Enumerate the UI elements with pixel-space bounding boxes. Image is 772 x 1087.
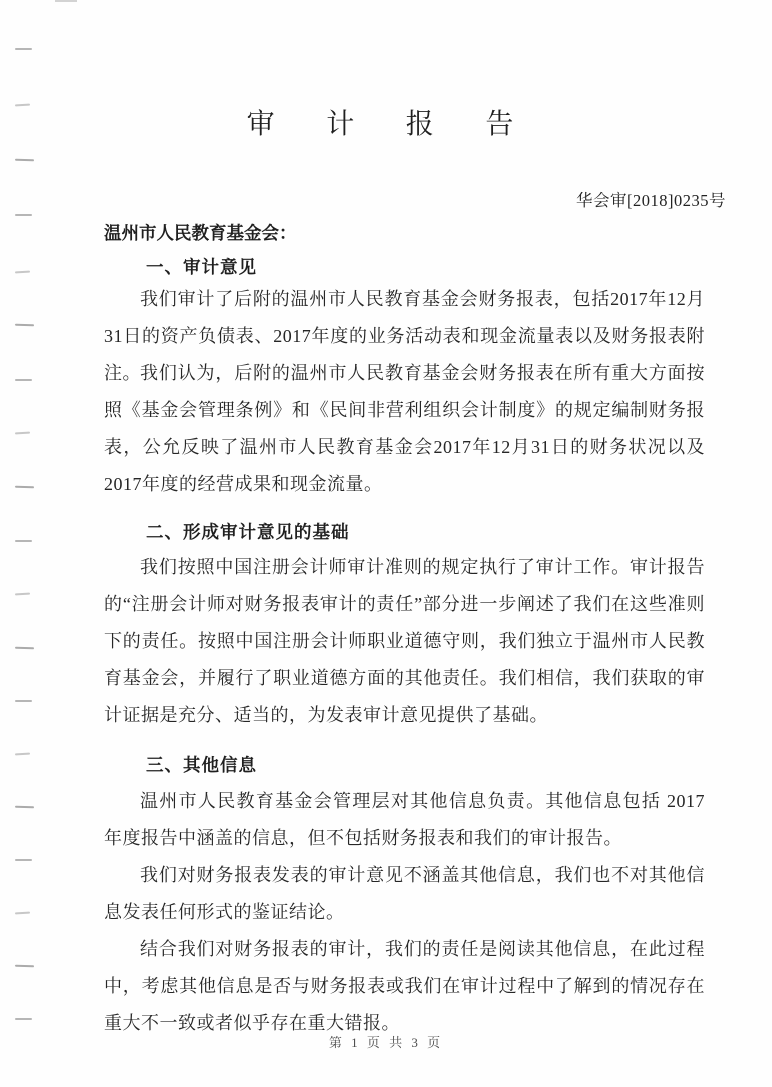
paragraph-other-information-2: 我们对财务报表发表的审计意见不涵盖其他信息，我们也不对其他信息发表任何形式的鉴证… — [104, 857, 705, 931]
section-heading-audit-opinion: 一、审计意见 — [146, 254, 257, 279]
scan-edge-artifact — [55, 0, 77, 2]
audit-report-page: 审 计 报 告 华会审[2018]0235号 温州市人民教育基金会： 一、审计意… — [0, 0, 772, 1087]
section-heading-other-information: 三、其他信息 — [146, 752, 257, 777]
document-title: 审 计 报 告 — [0, 102, 772, 142]
paragraph-other-information-3: 结合我们对财务报表的审计，我们的责任是阅读其他信息，在此过程中，考虑其他信息是否… — [104, 931, 705, 1042]
section-heading-basis-for-opinion: 二、形成审计意见的基础 — [146, 519, 350, 544]
addressee-line: 温州市人民教育基金会： — [104, 220, 297, 245]
paragraph-basis-for-opinion-1: 我们按照中国注册会计师审计准则的规定执行了审计工作。审计报告的“注册会计师对财务… — [104, 549, 705, 734]
page-number-indicator: 第 1 页 共 3 页 — [0, 1032, 772, 1051]
reference-number: 华会审[2018]0235号 — [576, 187, 726, 211]
paragraph-other-information-1: 温州市人民教育基金会管理层对其他信息负责。其他信息包括 2017 年度报告中涵盖… — [104, 783, 705, 857]
paragraph-audit-opinion-2: 我们认为，后附的温州市人民教育基金会财务报表在所有重大方面按照《基金会管理条例》… — [104, 355, 705, 503]
